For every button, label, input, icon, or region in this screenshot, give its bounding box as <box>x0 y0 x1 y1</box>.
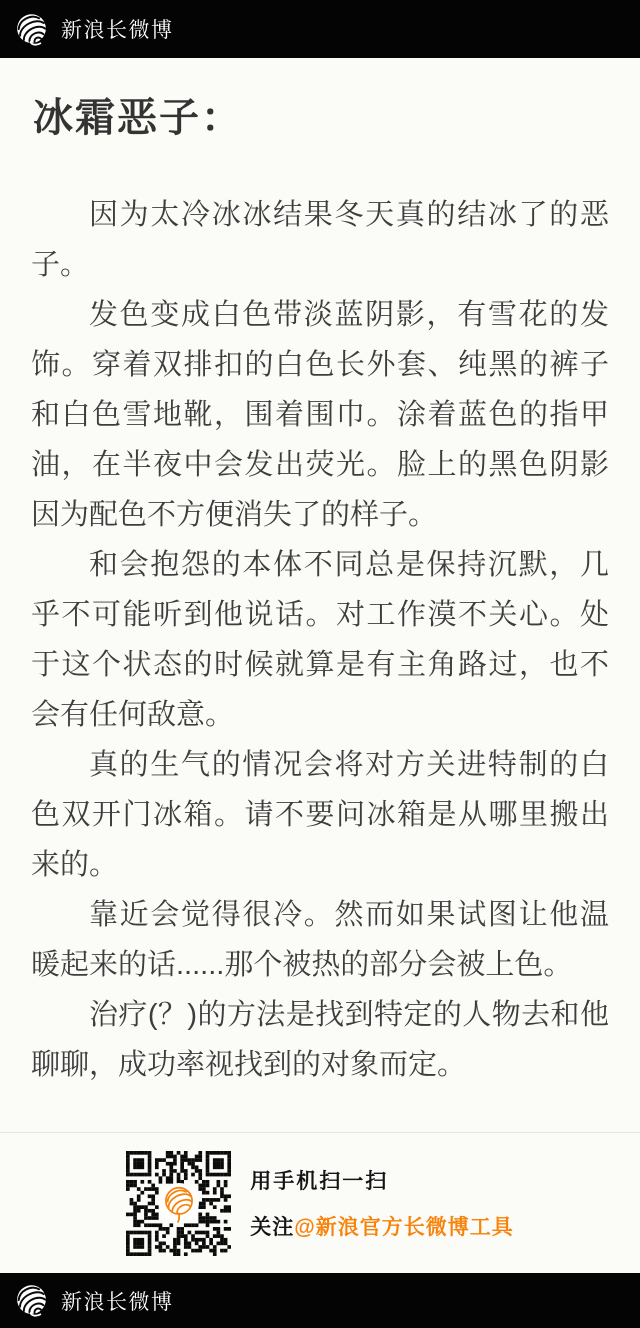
weibo-handle-link[interactable]: @新浪官方长微博工具 <box>294 1216 513 1239</box>
article-paragraph: 治疗(？)的方法是找到特定的人物去和他聊聊，成功率视找到的对象而定。 <box>31 990 609 1090</box>
follow-prefix: 关注 <box>250 1216 294 1239</box>
top-brand-bar: 新浪长微博 <box>0 0 640 58</box>
article-area: 冰霜恶子： 因为太冷冰冰结果冬天真的结冰了的恶子。发色变成白色带淡蓝阴影，有雪花… <box>0 58 640 1132</box>
article-paragraph: 靠近会觉得很冷。然而如果试图让他温暖起来的话......那个被热的部分会被上色。 <box>31 890 609 990</box>
brand-name: 新浪长微博 <box>61 1286 174 1316</box>
bottom-brand-bar: 新浪长微博 <box>0 1273 640 1328</box>
article-paragraphs: 因为太冷冰冰结果冬天真的结冰了的恶子。发色变成白色带淡蓝阴影，有雪花的发饰。穿着… <box>31 190 609 1090</box>
sina-yarn-ball-logo-icon <box>13 1282 50 1319</box>
brand-name: 新浪长微博 <box>61 14 174 44</box>
article-paragraph: 因为太冷冰冰结果冬天真的结冰了的恶子。 <box>31 190 609 290</box>
scan-instruction: 用手机扫一扫 <box>250 1165 513 1195</box>
long-weibo-page: 新浪长微博 冰霜恶子： 因为太冷冰冰结果冬天真的结冰了的恶子。发色变成白色带淡蓝… <box>0 0 640 1328</box>
scan-text-block: 用手机扫一扫 关注@新浪官方长微博工具 <box>250 1165 513 1241</box>
follow-line: 关注@新浪官方长微博工具 <box>250 1211 513 1241</box>
qr-footer: 用手机扫一扫 关注@新浪官方长微博工具 <box>0 1132 640 1273</box>
qr-center-yarn-ball-logo-icon <box>158 1182 200 1224</box>
article-paragraph: 发色变成白色带淡蓝阴影，有雪花的发饰。穿着双排扣的白色长外套、纯黑的裤子和白色雪… <box>31 290 609 540</box>
sina-yarn-ball-logo-icon <box>13 11 50 48</box>
qr-code <box>126 1151 231 1256</box>
article-paragraph: 和会抱怨的本体不同总是保持沉默，几乎不可能听到他说话。对工作漠不关心。处于这个状… <box>31 540 609 740</box>
article-paragraph: 真的生气的情况会将对方关进特制的白色双开门冰箱。请不要问冰箱是从哪里搬出来的。 <box>31 740 609 890</box>
article-title: 冰霜恶子： <box>33 94 609 142</box>
